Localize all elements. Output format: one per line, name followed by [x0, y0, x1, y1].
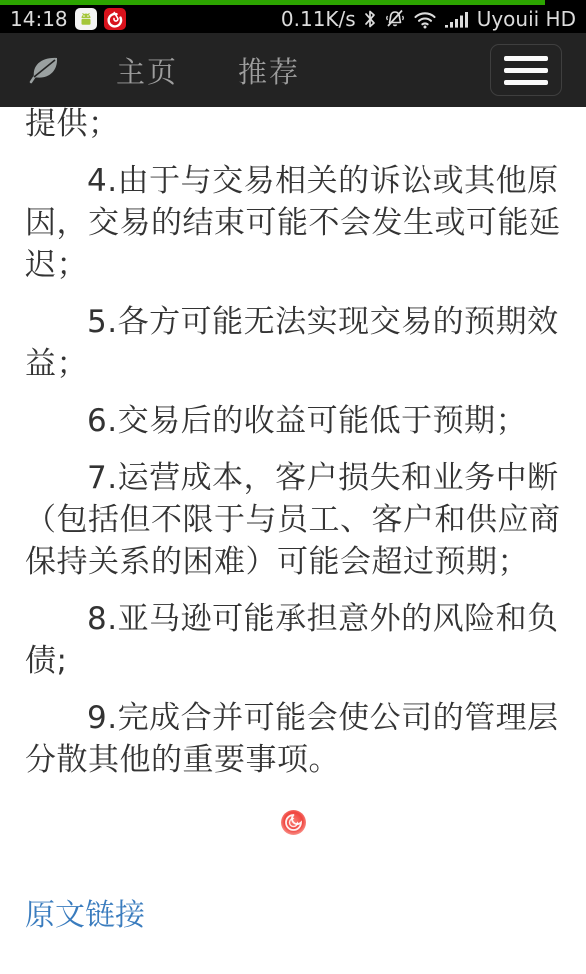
netease-music-icon — [104, 8, 126, 30]
tab-recommend[interactable]: 推荐 — [238, 50, 300, 91]
footer-logo-row — [25, 809, 561, 840]
status-bar-left: 14:18 — [10, 5, 126, 33]
article-paragraph: 9.完成合并可能会使公司的管理层分散其他的重要事项。 — [25, 697, 561, 781]
leaf-icon[interactable] — [22, 49, 64, 91]
article-paragraph: 5.各方可能无法实现交易的预期效益； — [25, 301, 561, 385]
hamburger-bar — [504, 80, 548, 85]
mute-bell-icon — [384, 9, 406, 29]
clock-label: 14:18 — [10, 5, 68, 33]
hamburger-menu-button[interactable] — [490, 44, 562, 96]
hamburger-bar — [504, 56, 548, 61]
article-paragraph: 6.交易后的收益可能低于预期； — [25, 400, 561, 442]
hamburger-bar — [504, 68, 548, 73]
phoenix-ifeng-icon — [280, 809, 307, 836]
wifi-icon — [413, 10, 437, 29]
signal-icon — [444, 10, 470, 29]
article-paragraph: 7.运营成本，客户损失和业务中断（包括但不限于与员工、客户和供应商保持关系的困难… — [25, 457, 561, 583]
page-load-progress-fill — [0, 0, 545, 5]
tab-home[interactable]: 主页 — [116, 50, 178, 91]
article-paragraph: 提供； — [25, 103, 561, 145]
status-bar: 14:18 0.11K/s — [0, 5, 586, 33]
bluetooth-icon — [363, 9, 377, 29]
network-speed-label: 0.11K/s — [281, 5, 356, 33]
article-paragraph: 4.由于与交易相关的诉讼或其他原因，交易的结束可能不会发生或可能延迟； — [25, 160, 561, 286]
article-content: 提供； 4.由于与交易相关的诉讼或其他原因，交易的结束可能不会发生或可能延迟； … — [0, 103, 586, 934]
carrier-label: Uyouii HD — [477, 5, 576, 33]
app-nav-bar: 主页 推荐 — [0, 33, 586, 107]
article-paragraph: 8.亚马逊可能承担意外的风险和负债; — [25, 598, 561, 682]
android-app-icon — [75, 8, 97, 30]
original-article-link[interactable]: 原文链接 — [25, 890, 145, 934]
page-load-progress-track — [0, 0, 586, 5]
status-bar-right: 0.11K/s Uyouii HD — [281, 5, 576, 33]
